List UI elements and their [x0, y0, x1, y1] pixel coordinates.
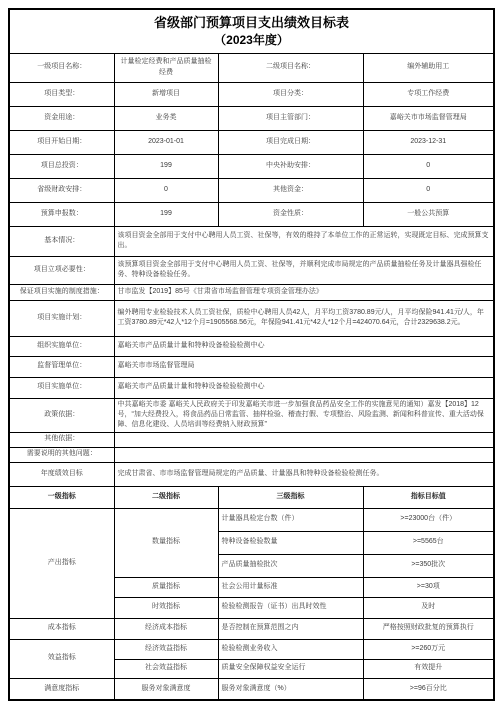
- info-value-central-subsidy: 0: [363, 154, 494, 178]
- title-line1: 省级部门预算项目支出绩效目标表: [13, 14, 490, 32]
- table-row: 一级项目名称： 计量检定经费和产品质量抽检经费 二级项目名称： 编外辅助用工: [9, 53, 494, 82]
- info-label-end-date: 项目完成日期：: [218, 130, 363, 154]
- row-label-policy-basis: 政策依据：: [9, 398, 114, 432]
- row-value-supervising-unit: 嘉峪关市市场监督管理局: [114, 356, 494, 377]
- indicator-l3-within-budget: 是否控制在预算范围之内: [218, 618, 363, 639]
- indicator-l1-benefit: 效益指标: [9, 639, 114, 678]
- indicator-l3-public-metering-standard: 社会公用计量标准: [218, 577, 363, 597]
- info-value-total-investment: 199: [114, 154, 218, 178]
- info-value-secondary-project-name: 编外辅助用工: [363, 53, 494, 82]
- indicator-l3-product-sampling: 产品质量抽检批次: [218, 554, 363, 577]
- indicator-target-public-metering-standard: >=30项: [363, 577, 494, 597]
- table-row: 政策依据： 中共嘉峪关市委 嘉峪关人民政府关于印发嘉峪关市进一步加强食品药品安全…: [9, 398, 494, 432]
- document-title: 省级部门预算项目支出绩效目标表 （2023年度）: [9, 9, 494, 53]
- table-row: 项目实施计划： 编外聘用专业检验技术人员工资社保，质检中心聘用人员42人，月平均…: [9, 300, 494, 336]
- row-value-implementing-unit: 嘉峪关市产品质量计量和特种设备检验检测中心: [114, 377, 494, 398]
- info-label-secondary-project-name: 二级项目名称：: [218, 53, 363, 82]
- row-label-project-necessity: 项目立项必要性：: [9, 256, 114, 284]
- indicator-l3-special-equipment: 特种设备检验数量: [218, 531, 363, 554]
- table-row: 产出指标 数量指标 计量器具检定台数（件） >=23000台（件）: [9, 508, 494, 531]
- indicator-l2-service-satisfaction: 服务对象满意度: [114, 678, 218, 700]
- header-indicator-target: 指标目标值: [363, 486, 494, 508]
- info-label-budget-declared: 预算申报数：: [9, 202, 114, 226]
- row-label-system-measures: 保证项目实施的制度措施：: [9, 284, 114, 300]
- table-row: 预算申报数： 199 资金性质： 一般公共预算: [9, 202, 494, 226]
- row-value-project-necessity: 该预算项目资金全部用于支付中心聘用人员工资、社保等，并顺利完成市局规定的产品质量…: [114, 256, 494, 284]
- table-row: 成本指标 经济成本指标 是否控制在预算范围之内 严格按照财政批复的预算执行: [9, 618, 494, 639]
- table-row: 项目总投资： 199 中央补助安排： 0: [9, 154, 494, 178]
- info-value-primary-project-name: 计量检定经费和产品质量抽检经费: [114, 53, 218, 82]
- table-row: 省级财政安排： 0 其他资金： 0: [9, 178, 494, 202]
- info-label-project-type: 项目类型：: [9, 82, 114, 106]
- indicator-l3-quality-safety: 质量安全保障权益安全运行: [218, 659, 363, 678]
- row-value-implementation-plan: 编外聘用专业检验技术人员工资社保，质检中心聘用人员42人，月平均工资3780.8…: [114, 300, 494, 336]
- table-row: 保证项目实施的制度措施： 甘市监发【2019】85号《甘肃省市场监督管理专项资金…: [9, 284, 494, 300]
- row-label-basic-situation: 基本情况：: [9, 226, 114, 256]
- row-value-other-basis: [114, 432, 494, 447]
- row-label-implementing-unit: 项目实施单位：: [9, 377, 114, 398]
- table-row: 项目开始日期： 2023-01-01 项目完成日期： 2023-12-31: [9, 130, 494, 154]
- indicator-l2-quality: 质量指标: [114, 577, 218, 597]
- indicator-l2-quantity: 数量指标: [114, 508, 218, 577]
- indicator-l1-output: 产出指标: [9, 508, 114, 618]
- indicator-l1-satisfaction: 满意度指标: [9, 678, 114, 700]
- info-value-project-type: 新增项目: [114, 82, 218, 106]
- info-label-fund-nature: 资金性质：: [218, 202, 363, 226]
- table-row: 年度绩效目标 完成甘肃省、市市场监督管理局规定的产品质量、计量器具和特种设备检验…: [9, 462, 494, 486]
- table-row: 组织实施单位： 嘉峪关市产品质量计量和特种设备检验检测中心: [9, 336, 494, 356]
- indicator-l2-economic-benefit: 经济效益指标: [114, 639, 218, 659]
- header-level1-indicator: 一级指标: [9, 486, 114, 508]
- indicator-l3-metering-verification: 计量器具检定台数（件）: [218, 508, 363, 531]
- info-value-provincial-finance: 0: [114, 178, 218, 202]
- row-label-organizing-unit: 组织实施单位：: [9, 336, 114, 356]
- row-label-annual-performance-target: 年度绩效目标: [9, 462, 114, 486]
- info-label-project-category: 项目分类：: [218, 82, 363, 106]
- info-value-end-date: 2023-12-31: [363, 130, 494, 154]
- budget-performance-table: 省级部门预算项目支出绩效目标表 （2023年度） 一级项目名称： 计量检定经费和…: [8, 8, 495, 701]
- row-value-annual-performance-target: 完成甘肃省、市市场监督管理局规定的产品质量、计量器具和特种设备检验检测任务。: [114, 462, 494, 486]
- header-level3-indicator: 三级指标: [218, 486, 363, 508]
- indicator-l2-timeliness: 时效指标: [114, 597, 218, 618]
- info-label-fund-usage: 资金用途：: [9, 106, 114, 130]
- row-label-other-issues: 需要说明的其他问题：: [9, 447, 114, 462]
- row-value-policy-basis: 中共嘉峪关市委 嘉峪关人民政府关于印发嘉峪关市进一步加强食品药品安全工作的实施意…: [114, 398, 494, 432]
- table-row: 项目类型： 新增项目 项目分类： 专项工作经费: [9, 82, 494, 106]
- row-value-basic-situation: 该项目资金全部用于支付中心聘用人员工资、社保等，有效的维持了本单位工作的正常运转…: [114, 226, 494, 256]
- row-label-implementation-plan: 项目实施计划：: [9, 300, 114, 336]
- indicator-target-special-equipment: >=5565台: [363, 531, 494, 554]
- indicator-header-row: 一级指标 二级指标 三级指标 指标目标值: [9, 486, 494, 508]
- indicator-target-report-timeliness: 及时: [363, 597, 494, 618]
- info-label-start-date: 项目开始日期：: [9, 130, 114, 154]
- indicator-target-product-sampling: >=350批次: [363, 554, 494, 577]
- row-value-system-measures: 甘市监发【2019】85号《甘肃省市场监督管理专项资金管理办法》: [114, 284, 494, 300]
- table-row: 满意度指标 服务对象满意度 服务对象满意度（%） >=96百分比: [9, 678, 494, 700]
- indicator-target-service-satisfaction: >=96百分比: [363, 678, 494, 700]
- info-value-project-category: 专项工作经费: [363, 82, 494, 106]
- info-value-start-date: 2023-01-01: [114, 130, 218, 154]
- table-row: 其他依据：: [9, 432, 494, 447]
- indicator-l3-service-satisfaction-pct: 服务对象满意度（%）: [218, 678, 363, 700]
- performance-target-sheet: 省级部门预算项目支出绩效目标表 （2023年度） 一级项目名称： 计量检定经费和…: [8, 8, 493, 701]
- info-label-provincial-finance: 省级财政安排：: [9, 178, 114, 202]
- indicator-l1-cost: 成本指标: [9, 618, 114, 639]
- table-row: 项目实施单位： 嘉峪关市产品质量计量和特种设备检验检测中心: [9, 377, 494, 398]
- info-value-supervising-department: 嘉峪关市市场监督管理局: [363, 106, 494, 130]
- indicator-target-metering-verification: >=23000台（件）: [363, 508, 494, 531]
- info-value-fund-usage: 业务类: [114, 106, 218, 130]
- info-label-total-investment: 项目总投资：: [9, 154, 114, 178]
- table-row: 效益指标 经济效益指标 检验检测业务收入 >=260万元: [9, 639, 494, 659]
- row-value-other-issues: [114, 447, 494, 462]
- table-row: 项目立项必要性： 该预算项目资金全部用于支付中心聘用人员工资、社保等，并顺利完成…: [9, 256, 494, 284]
- title-line2: （2023年度）: [13, 32, 490, 48]
- info-label-supervising-department: 项目主管部门：: [218, 106, 363, 130]
- info-label-central-subsidy: 中央补助安排：: [218, 154, 363, 178]
- info-value-budget-declared: 199: [114, 202, 218, 226]
- row-label-other-basis: 其他依据：: [9, 432, 114, 447]
- info-label-other-funds: 其他资金：: [218, 178, 363, 202]
- indicator-l3-report-timeliness: 检验检测报告（证书）出具时效性: [218, 597, 363, 618]
- indicator-l3-testing-revenue: 检验检测业务收入: [218, 639, 363, 659]
- info-value-fund-nature: 一般公共预算: [363, 202, 494, 226]
- info-value-other-funds: 0: [363, 178, 494, 202]
- indicator-l2-economic-cost: 经济成本指标: [114, 618, 218, 639]
- row-value-organizing-unit: 嘉峪关市产品质量计量和特种设备检验检测中心: [114, 336, 494, 356]
- row-label-supervising-unit: 监督管理单位：: [9, 356, 114, 377]
- indicator-target-within-budget: 严格按照财政批复的预算执行: [363, 618, 494, 639]
- table-row: 监督管理单位： 嘉峪关市市场监督管理局: [9, 356, 494, 377]
- indicator-target-quality-safety: 有效提升: [363, 659, 494, 678]
- indicator-target-testing-revenue: >=260万元: [363, 639, 494, 659]
- table-row: 需要说明的其他问题：: [9, 447, 494, 462]
- info-label-primary-project-name: 一级项目名称：: [9, 53, 114, 82]
- header-level2-indicator: 二级指标: [114, 486, 218, 508]
- table-row: 资金用途： 业务类 项目主管部门： 嘉峪关市市场监督管理局: [9, 106, 494, 130]
- table-row: 基本情况： 该项目资金全部用于支付中心聘用人员工资、社保等，有效的维持了本单位工…: [9, 226, 494, 256]
- indicator-l2-social-benefit: 社会效益指标: [114, 659, 218, 678]
